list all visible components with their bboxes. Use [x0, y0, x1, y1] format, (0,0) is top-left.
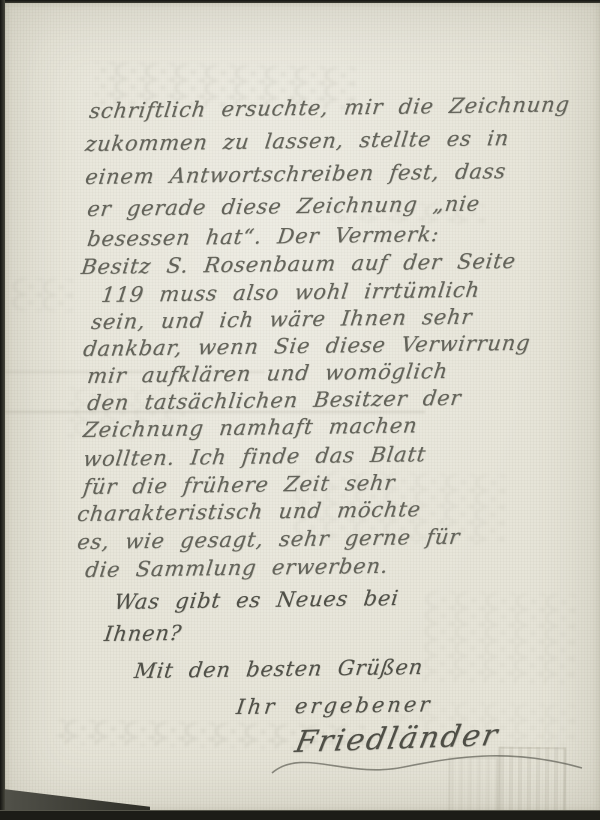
handwriting-line: wollten. Ich finde das Blatt — [82, 444, 427, 470]
bleed-through-smudge — [424, 591, 576, 684]
handwriting-line: Ihnen? — [103, 623, 183, 645]
scanner-edge-bottom — [0, 810, 600, 820]
handwriting-line: besessen hat“. Der Vermerk: — [86, 224, 441, 250]
handwriting-line: mir aufklären und womöglich — [86, 361, 449, 387]
handwriting-line: 119 muss also wohl irrtümlich — [100, 280, 481, 306]
handwriting-line: charakteristisch und möchte — [76, 499, 422, 525]
handwriting-line: Zeichnung namhaft machen — [82, 415, 419, 441]
scanner-edge-top — [0, 0, 600, 3]
handwriting-line: für die frühere Zeit sehr — [82, 473, 397, 498]
paper-sheet: schriftlich ersuchte, mir die Zeichnung … — [5, 3, 600, 811]
handwriting-line: Mit den besten Grüßen — [133, 657, 424, 682]
handwriting-line-valediction: Ihr ergebener — [235, 694, 434, 718]
handwriting-line: er gerade diese Zeichnung „nie — [86, 194, 481, 220]
handwriting-line: dankbar, wenn Sie diese Verwirrung — [82, 333, 532, 360]
handwriting-line: Was gibt es Neues bei — [113, 588, 400, 613]
handwriting-line: zukommen zu lassen, stellte es in — [84, 128, 510, 155]
signature-flourish — [268, 741, 588, 783]
bleed-through-smudge — [13, 278, 74, 311]
handwriting-line: den tatsächlichen Besitzer der — [86, 388, 463, 414]
scanned-letter-page: schriftlich ersuchte, mir die Zeichnung … — [0, 0, 600, 820]
handwriting-line: einem Antwortschreiben fest, dass — [84, 161, 507, 188]
handwriting-line: schriftlich ersuchte, mir die Zeichnung — [88, 94, 571, 122]
handwriting-line: Besitz S. Rosenbaum auf der Seite — [80, 251, 517, 278]
handwriting-line: es, wie gesagt, sehr gerne für — [76, 527, 461, 553]
handwriting-line: die Sammlung erwerben. — [84, 556, 390, 581]
scanner-edge-left — [0, 0, 5, 820]
handwriting-line: sein, und ich wäre Ihnen sehr — [90, 307, 474, 333]
